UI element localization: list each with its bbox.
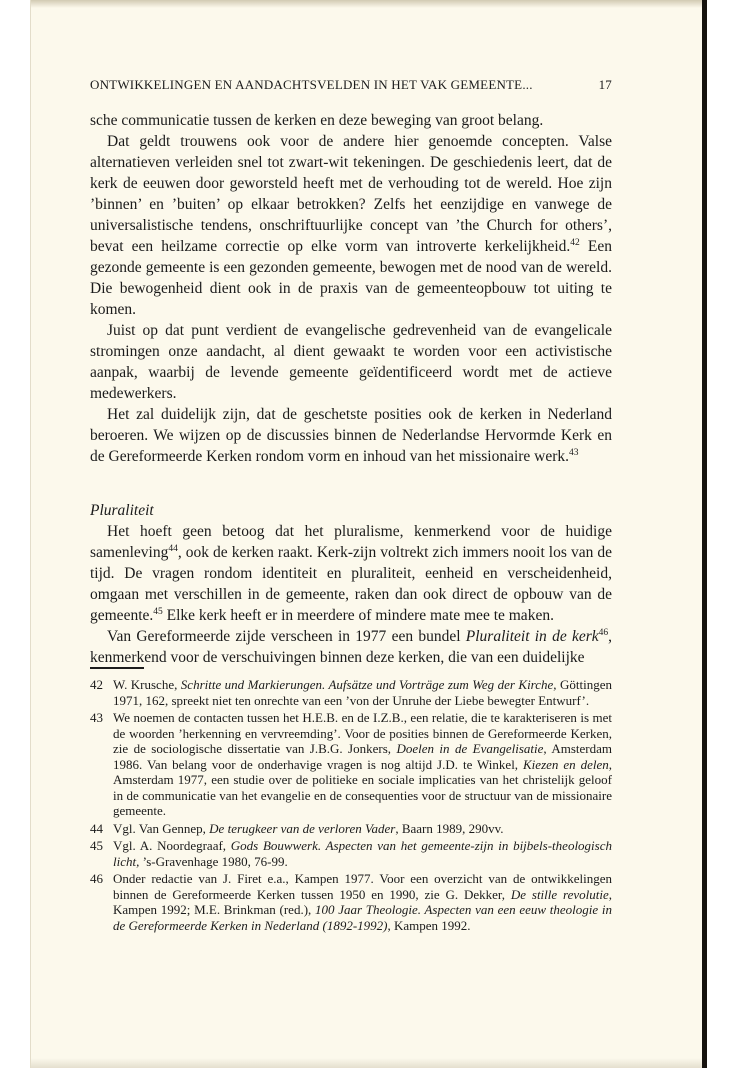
text-run: W. Krusche, [113, 677, 181, 692]
text-run: Pluraliteit [90, 502, 154, 519]
body-paragraph: Juist op dat punt verdient de evangelisc… [90, 320, 612, 404]
text-run: Kiezen en delen [523, 757, 609, 772]
text-run: Doelen in de Evangelisatie [396, 741, 543, 756]
body-paragraph: sche communicatie tussen de kerken en de… [90, 110, 612, 131]
scanned-book-page: ONTWIKKELINGEN EN AANDACHTSVELDEN IN HET… [0, 0, 738, 1068]
running-title: ONTWIKKELINGEN EN AANDACHTSVELDEN IN HET… [90, 77, 533, 93]
footnote-item: 46Onder redactie van J. Firet e.a., Kamp… [90, 871, 612, 933]
running-header: ONTWIKKELINGEN EN AANDACHTSVELDEN IN HET… [90, 77, 612, 93]
footnote-ref: 42 [570, 238, 580, 248]
footnote-number: 42 [90, 677, 103, 693]
page-spine-line [702, 0, 707, 1068]
footnote-list: 42W. Krusche, Schritte und Markierungen.… [90, 677, 612, 933]
footnote-ref: 44 [168, 544, 178, 554]
text-run: , Kampen 1992. [388, 918, 471, 933]
text-run: Pluraliteit in de kerk [466, 628, 599, 645]
footnote-ref: 45 [153, 607, 163, 617]
text-run: Het zal duidelijk zijn, dat de geschetst… [90, 406, 612, 465]
text-run: Dat geldt trouwens ook voor de andere hi… [90, 133, 612, 255]
footnote-separator-rule [90, 667, 144, 669]
footnote-number: 46 [90, 871, 103, 887]
text-run: , Baarn 1989, 290vv. [395, 821, 503, 836]
text-run: De stille revolutie [511, 887, 609, 902]
text-run: Vgl. Van Gennep, [113, 821, 209, 836]
text-run: ’s-Gravenhage 1980, 76-99. [139, 854, 287, 869]
scan-top-shadow [31, 0, 703, 8]
footnotes-section: 42W. Krusche, Schritte und Markierungen.… [90, 667, 612, 935]
text-run: Vgl. A. Noordegraaf, [113, 838, 231, 853]
body-paragraph: Dat geldt trouwens ook voor de andere hi… [90, 131, 612, 320]
section-heading: Pluraliteit [90, 500, 612, 521]
footnote-item: 44Vgl. Van Gennep, De terugkeer van de v… [90, 821, 612, 837]
text-run: Juist op dat punt verdient de evangelisc… [90, 322, 612, 402]
footnote-number: 45 [90, 838, 103, 854]
text-run: De terugkeer van de verloren Vader [209, 821, 395, 836]
footnote-item: 43We noemen de contacten tussen het H.E.… [90, 710, 612, 819]
text-run: Elke kerk heeft er in meerdere of minder… [163, 607, 554, 624]
page-number: 17 [599, 77, 612, 93]
text-run: Schritte und Markierungen. Aufsätze und … [181, 677, 557, 692]
body-text-column: sche communicatie tussen de kerken en de… [90, 110, 612, 666]
scan-bottom-shadow [31, 1058, 703, 1068]
text-run: Van Gereformeerde zijde verscheen in 197… [107, 628, 466, 645]
footnote-item: 45Vgl. A. Noordegraaf, Gods Bouwwerk. As… [90, 838, 612, 869]
body-paragraph: Het hoeft geen betoog dat het pluralisme… [90, 521, 612, 626]
body-paragraph: Het zal duidelijk zijn, dat de geschetst… [90, 404, 612, 467]
footnote-ref: 43 [569, 448, 579, 458]
text-run: sche communicatie tussen de kerken en de… [90, 112, 543, 129]
footnote-item: 42W. Krusche, Schritte und Markierungen.… [90, 677, 612, 708]
body-paragraph: Van Gereformeerde zijde verscheen in 197… [90, 626, 612, 666]
footnote-ref: 46 [599, 628, 609, 638]
footnote-number: 44 [90, 821, 103, 837]
footnote-number: 43 [90, 710, 103, 726]
